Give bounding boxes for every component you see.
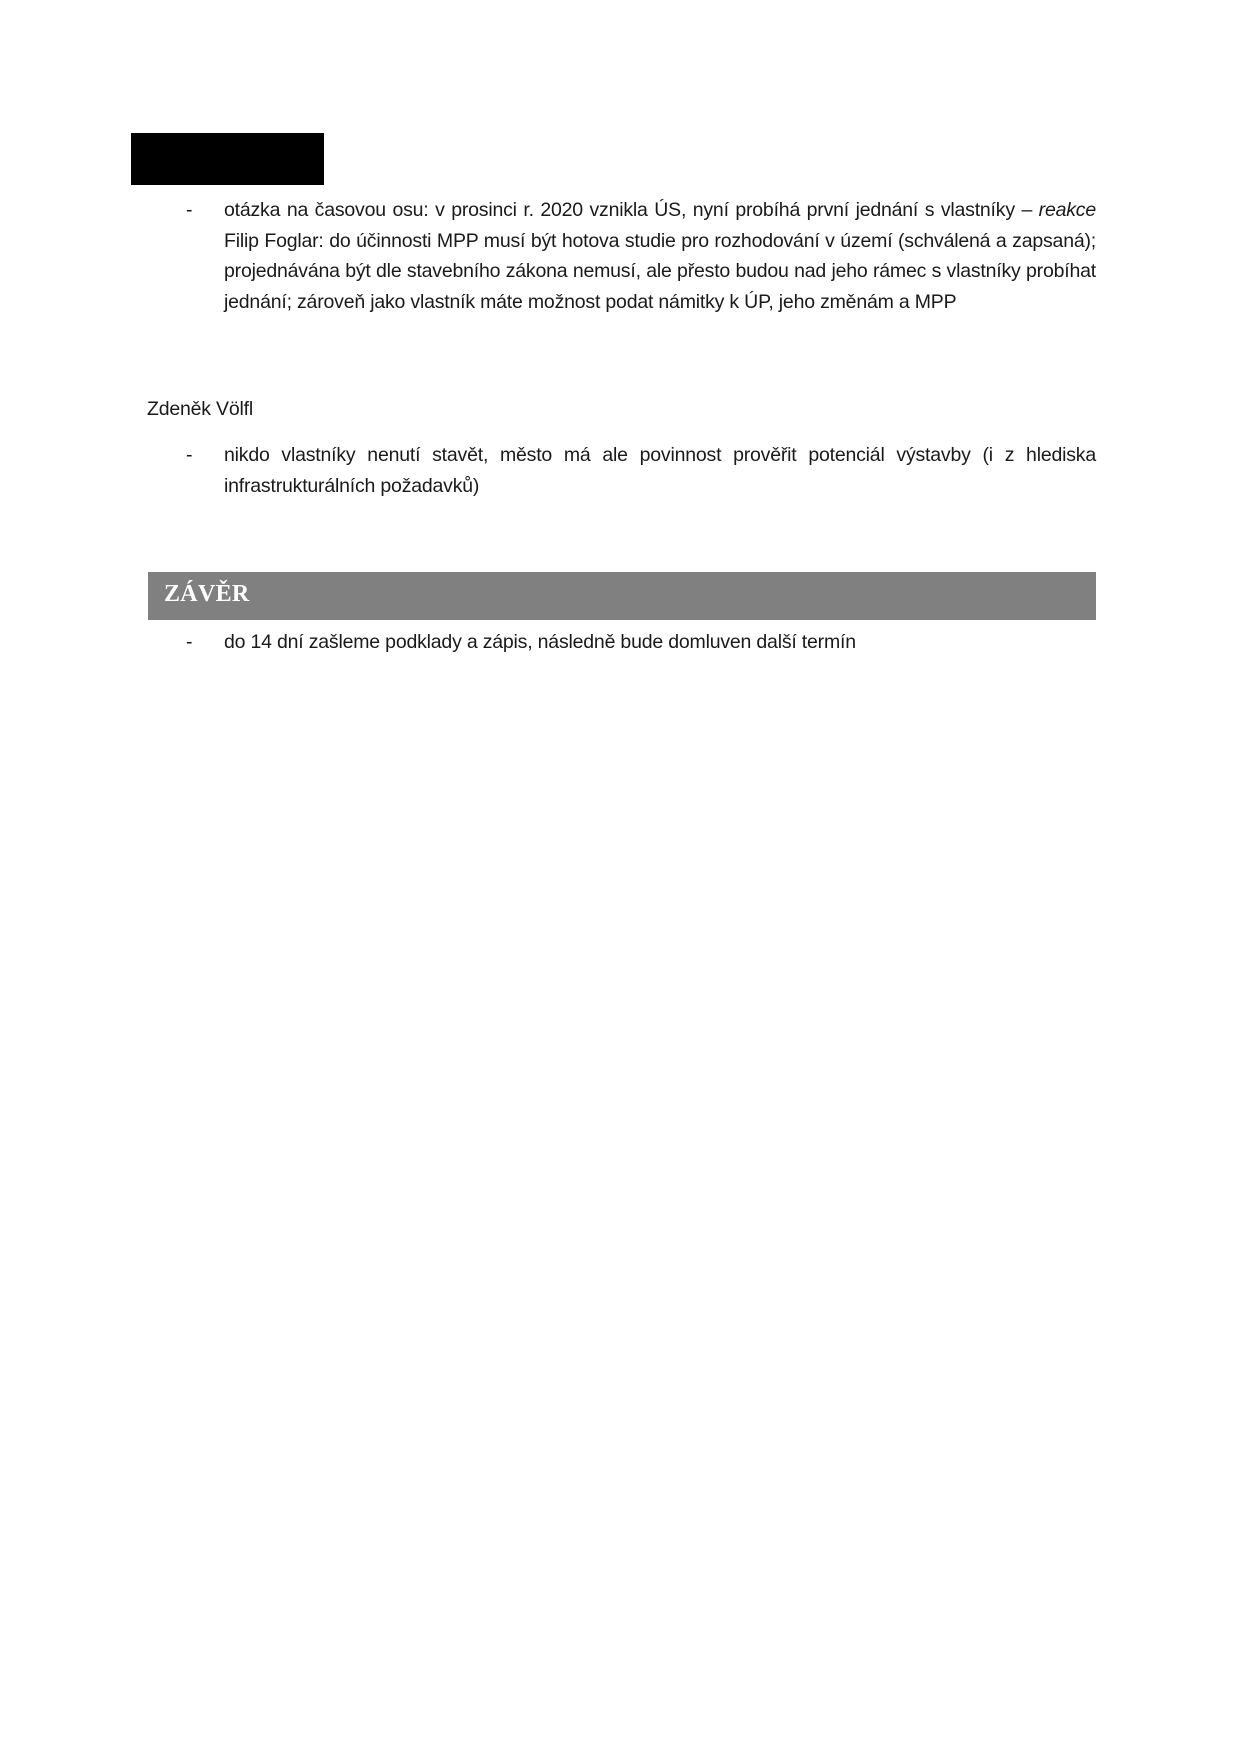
section-header-conclusion: ZÁVĚR (148, 572, 1096, 620)
list-item: - otázka na časovou osu: v prosinci r. 2… (148, 195, 1096, 317)
bullet-dash: - (186, 440, 193, 471)
bullet-dash: - (186, 195, 193, 226)
bullet-text-part: otázka na časovou osu: v prosinci r. 202… (224, 199, 1039, 221)
bullet-text-part: Filip Foglar: do účinnosti MPP musí být … (224, 230, 1096, 313)
italic-reaction-label: reakce (1039, 199, 1096, 221)
redacted-heading-block (131, 133, 324, 185)
section-title: ZÁVĚR (164, 581, 250, 608)
bullet-text: otázka na časovou osu: v prosinci r. 202… (224, 195, 1096, 317)
bullet-text: nikdo vlastníky nenutí stavět, město má … (224, 440, 1096, 501)
document-page: - otázka na časovou osu: v prosinci r. 2… (0, 0, 1242, 1755)
bullet-dash: - (186, 627, 193, 658)
speaker-name: Zdeněk Völfl (147, 394, 253, 424)
bullet-text: do 14 dní zašleme podklady a zápis, násl… (224, 627, 1096, 658)
list-item: - do 14 dní zašleme podklady a zápis, ná… (148, 627, 1096, 658)
list-item: - nikdo vlastníky nenutí stavět, město m… (148, 440, 1096, 501)
